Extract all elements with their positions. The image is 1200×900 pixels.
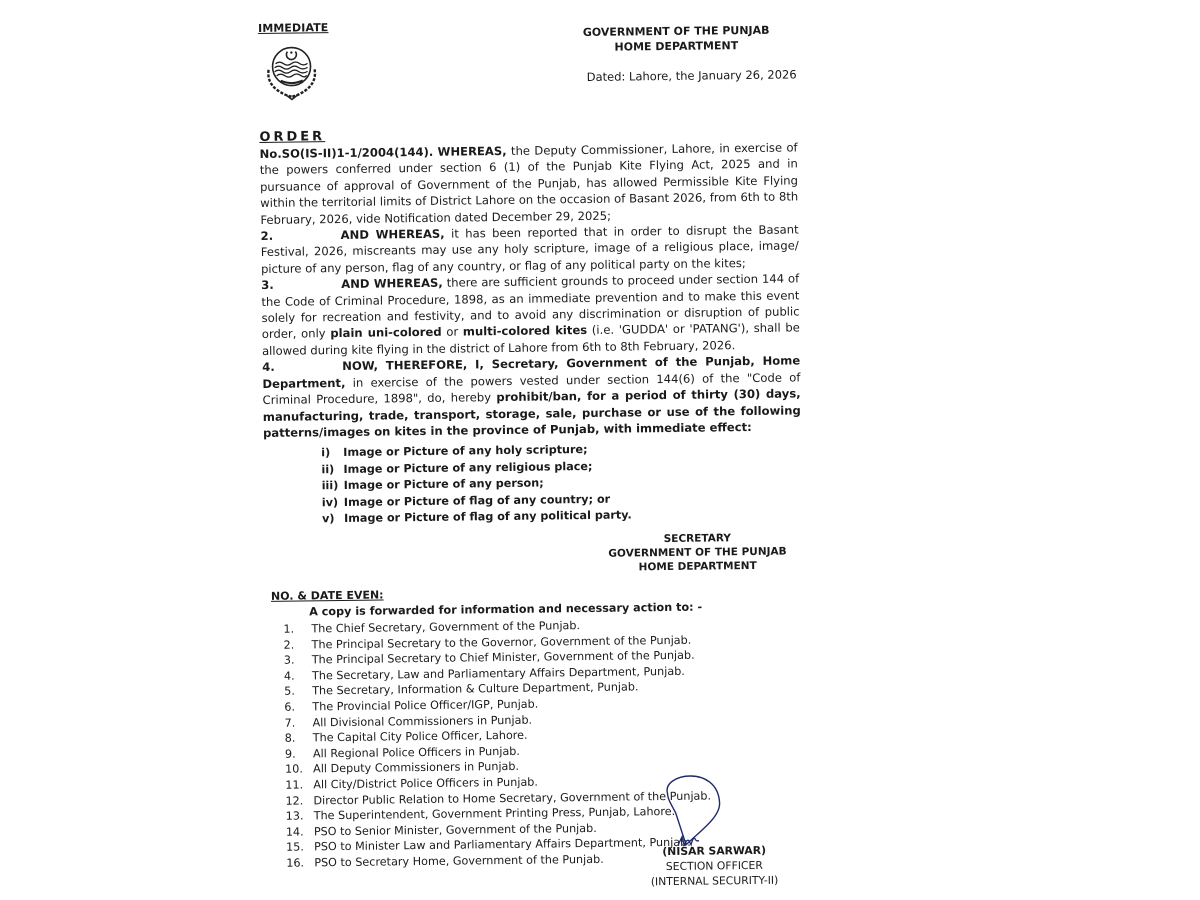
recipient-list: 1.The Chief Secretary, Government of the… (283, 617, 712, 872)
officer-unit: (INTERNAL SECURITY-II) (644, 874, 784, 889)
recipient-number: 5. (284, 684, 312, 700)
recipient-number: 13. (286, 808, 314, 824)
recipient-number: 3. (284, 653, 312, 669)
para1-lead: WHEREAS, (438, 144, 507, 159)
recipient-number: 6. (284, 699, 312, 715)
para3-bold-b: multi-colored kites (463, 323, 587, 339)
officer-title: SECTION OFFICER (644, 859, 784, 874)
prohibited-item-number: iv) (322, 494, 344, 511)
copy-heading: NO. & DATE EVEN: (271, 588, 384, 602)
punjab-emblem-icon (260, 39, 323, 102)
handwritten-signature-icon (657, 772, 738, 853)
order-body: No.SO(IS-II)1-1/2004(144). WHEREAS, the … (260, 139, 802, 441)
recipient-number: 14. (286, 824, 314, 840)
prohibited-item-text: Image or Picture of any religious place; (343, 458, 592, 478)
para3-bold-a: plain uni-colored (330, 325, 441, 340)
order-document: IMMEDIATE GOVERNMENT OF THE PUNJAB HOME … (256, 15, 807, 900)
prohibited-list: i)Image or Picture of any holy scripture… (321, 441, 632, 527)
prohibited-item-text: Image or Picture of flag of any politica… (344, 507, 632, 527)
order-title: ORDER (259, 129, 325, 145)
signatory-title: SECRETARY (602, 531, 792, 545)
date-line: Dated: Lahore, the January 26, 2026 (587, 67, 797, 84)
prohibited-item-number: i) (321, 445, 343, 462)
recipient-number: 7. (284, 715, 312, 731)
priority-label: IMMEDIATE (258, 21, 328, 35)
para3-lead: AND WHEREAS, (341, 276, 443, 291)
recipient-text: PSO to Secretary Home, Government of the… (314, 852, 604, 871)
recipient-number: 16. (286, 855, 314, 871)
recipient-number: 10. (285, 762, 313, 778)
org-name: GOVERNMENT OF THE PUNJAB (556, 23, 796, 39)
paragraph-3: 3.AND WHEREAS, there are sufficient grou… (261, 271, 800, 360)
recipient-number: 9. (285, 746, 313, 762)
paragraph-4: 4.NOW, THEREFORE, I, Secretary, Governme… (262, 353, 801, 442)
para2-lead: AND WHEREAS, (341, 227, 445, 242)
para2-number: 2. (261, 227, 341, 244)
prohibited-item-number: v) (322, 511, 344, 528)
reference-number: No.SO(IS-II)1-1/2004(144). (260, 145, 434, 161)
recipient-number: 15. (286, 840, 314, 856)
prohibited-item-number: ii) (321, 461, 343, 478)
paragraph-1: No.SO(IS-II)1-1/2004(144). WHEREAS, the … (260, 139, 799, 228)
signatory-department: HOME DEPARTMENT (603, 559, 793, 573)
prohibited-item: v)Image or Picture of flag of any politi… (322, 507, 632, 527)
signatory-org: GOVERNMENT OF THE PUNJAB (602, 545, 792, 559)
paragraph-2: 2.AND WHEREAS, it has been reported that… (261, 221, 800, 277)
recipient-number: 11. (285, 777, 313, 793)
department-name: HOME DEPARTMENT (556, 38, 796, 54)
recipient-number: 1. (283, 621, 311, 637)
recipient-number: 8. (285, 731, 313, 747)
copy-intro: A copy is forwarded for information and … (309, 601, 702, 619)
para3-text-b: or (446, 325, 458, 339)
para3-number: 3. (261, 276, 341, 293)
officer-name: (NISAR SARWAR) (644, 844, 784, 859)
recipient-number: 4. (284, 668, 312, 684)
recipient-number: 12. (285, 793, 313, 809)
prohibited-item-number: iii) (322, 478, 344, 495)
recipient-number: 2. (284, 637, 312, 653)
para4-number: 4. (262, 358, 342, 375)
